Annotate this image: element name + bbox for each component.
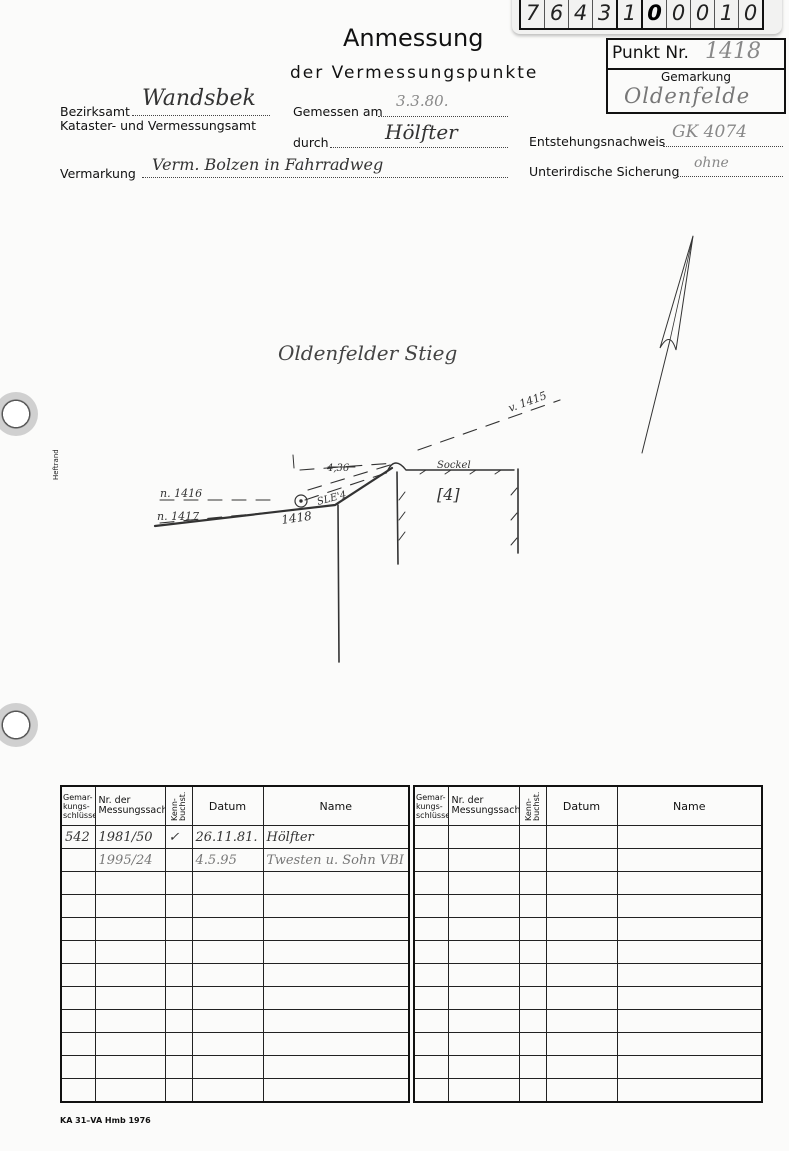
cell-datum[interactable] (546, 826, 617, 849)
cell-nr[interactable] (448, 895, 519, 918)
cell-name[interactable] (617, 1010, 762, 1033)
cell-gemarkung[interactable] (61, 1079, 95, 1103)
cell-name[interactable] (263, 964, 409, 987)
cell-kenn[interactable] (519, 918, 546, 941)
cell-name[interactable] (617, 1056, 762, 1079)
table-row (61, 895, 409, 918)
cell-gemarkung[interactable] (414, 987, 448, 1010)
cell-gemarkung[interactable] (414, 1056, 448, 1079)
col-name-header: Name (617, 786, 762, 826)
cell-name[interactable] (263, 1079, 409, 1103)
punkt-row: Punkt Nr. 1418 (608, 40, 784, 70)
cell-gemarkung[interactable] (414, 849, 448, 872)
cell-nr[interactable] (448, 1010, 519, 1033)
entstehung-label: Entstehungsnachweis (529, 134, 665, 149)
col-kenn-header: Kenn-buchst. (165, 786, 192, 826)
cell-kenn[interactable] (519, 872, 546, 895)
durch-value[interactable]: Hölfter (385, 120, 458, 144)
cell-kenn[interactable] (165, 918, 192, 941)
table-row (61, 964, 409, 987)
cell-nr[interactable] (448, 987, 519, 1010)
id-number-boxes: 7643100010 (519, 0, 764, 30)
cell-nr[interactable]: 1981/50 (95, 826, 165, 849)
table-row (414, 918, 762, 941)
vermarkung-label: Vermarkung (60, 166, 136, 181)
cell-datum[interactable] (192, 1033, 263, 1056)
cell-name[interactable] (617, 849, 762, 872)
table-row (414, 1079, 762, 1103)
cell-datum[interactable] (192, 1010, 263, 1033)
col-kenn-header: Kenn-buchst. (519, 786, 546, 826)
cell-datum[interactable] (546, 1033, 617, 1056)
sicherung-line (677, 162, 783, 177)
cell-gemarkung[interactable] (414, 918, 448, 941)
cell-datum[interactable] (546, 964, 617, 987)
table-row (414, 987, 762, 1010)
table-row: 1995/244.5.95Twesten u. Sohn VBI (61, 849, 409, 872)
cell-name[interactable] (617, 941, 762, 964)
svg-text:n. 1416: n. 1416 (160, 487, 202, 500)
cell-datum[interactable] (546, 918, 617, 941)
table-row (414, 849, 762, 872)
table-row (414, 941, 762, 964)
gemessen-value[interactable]: 3.3.80. (396, 92, 448, 110)
table-row (61, 872, 409, 895)
cell-gemarkung[interactable]: 542 (61, 826, 95, 849)
cell-kenn[interactable] (165, 1079, 192, 1103)
cell-gemarkung[interactable] (414, 895, 448, 918)
form-code: KA 31–VA Hmb 1976 (60, 1116, 151, 1125)
cell-nr[interactable] (95, 872, 165, 895)
cell-gemarkung[interactable] (414, 1010, 448, 1033)
cell-datum[interactable]: 26.11.81. (192, 826, 263, 849)
id-digit: 3 (592, 0, 616, 28)
cell-nr[interactable] (448, 1079, 519, 1103)
bezirksamt-label: Bezirksamt (60, 104, 130, 119)
cell-nr[interactable] (95, 964, 165, 987)
page-subtitle: der Vermessungspunkte (290, 63, 538, 83)
cell-datum[interactable] (192, 941, 263, 964)
cell-kenn[interactable] (519, 1033, 546, 1056)
bezirksamt-value[interactable]: Wandsbek (142, 86, 256, 111)
cell-datum[interactable] (192, 872, 263, 895)
cell-name[interactable] (263, 918, 409, 941)
cell-nr[interactable] (448, 872, 519, 895)
table-row (61, 987, 409, 1010)
cell-nr[interactable] (448, 964, 519, 987)
table-row (61, 1056, 409, 1079)
punkt-box: Punkt Nr. 1418 Gemarkung Oldenfelde (606, 38, 786, 114)
cell-name[interactable] (263, 895, 409, 918)
cell-gemarkung[interactable] (61, 941, 95, 964)
cell-gemarkung[interactable] (61, 1033, 95, 1056)
id-digit: 0 (641, 0, 666, 28)
cell-kenn[interactable] (165, 964, 192, 987)
cell-kenn[interactable] (165, 849, 192, 872)
cell-name[interactable] (263, 941, 409, 964)
cell-gemarkung[interactable] (61, 987, 95, 1010)
cell-kenn[interactable] (519, 1010, 546, 1033)
gemessen-label: Gemessen am (293, 104, 383, 119)
svg-text:Sockel: Sockel (437, 460, 471, 471)
cell-datum[interactable]: 4.5.95 (192, 849, 263, 872)
table-row (414, 964, 762, 987)
cell-nr[interactable] (448, 918, 519, 941)
table-row (414, 1056, 762, 1079)
cell-name[interactable] (617, 918, 762, 941)
cell-name[interactable] (617, 1079, 762, 1103)
cell-kenn[interactable]: ✓ (165, 826, 192, 849)
cell-kenn[interactable] (519, 849, 546, 872)
cell-kenn[interactable] (519, 941, 546, 964)
svg-text:v. 1415: v. 1415 (507, 389, 549, 415)
entstehung-value[interactable]: GK 4074 (672, 122, 747, 142)
col-datum-header: Datum (192, 786, 263, 826)
north-arrow-icon (642, 236, 693, 453)
cell-name[interactable] (617, 826, 762, 849)
table-row (414, 826, 762, 849)
svg-text:1418: 1418 (280, 509, 313, 527)
cell-gemarkung[interactable] (61, 895, 95, 918)
col-gemarkung-header: Gemar-kungs-schlüssel (414, 786, 448, 826)
cell-datum[interactable] (192, 895, 263, 918)
table-row (414, 895, 762, 918)
durch-label: durch (293, 135, 329, 150)
col-name-header: Name (263, 786, 409, 826)
cell-kenn[interactable] (519, 964, 546, 987)
register-table-right: Gemar-kungs-schlüssel Nr. der Messungssa… (413, 785, 763, 1103)
cell-nr[interactable] (448, 1033, 519, 1056)
cell-name[interactable] (617, 872, 762, 895)
cell-datum[interactable] (192, 1079, 263, 1103)
gemarkung-label: Gemarkung (608, 70, 784, 84)
cell-datum[interactable] (546, 1056, 617, 1079)
gemarkung-value[interactable]: Oldenfelde (624, 84, 750, 108)
cell-name[interactable] (617, 895, 762, 918)
cell-kenn[interactable] (165, 941, 192, 964)
cell-gemarkung[interactable] (414, 1079, 448, 1103)
cell-name[interactable] (617, 964, 762, 987)
cell-kenn[interactable] (165, 872, 192, 895)
cell-datum[interactable] (546, 1010, 617, 1033)
cell-nr[interactable] (95, 918, 165, 941)
cell-gemarkung[interactable] (61, 1010, 95, 1033)
table-row (414, 872, 762, 895)
survey-sketch: Oldenfelder Stieg v. 1415 n. 1416 n. 141… (0, 180, 789, 780)
table-row (61, 1033, 409, 1056)
cell-kenn[interactable] (165, 1033, 192, 1056)
punkt-label: Punkt Nr. (612, 43, 689, 63)
cell-datum[interactable] (192, 987, 263, 1010)
svg-text:n. 1417: n. 1417 (157, 510, 199, 523)
table-row (414, 1033, 762, 1056)
cell-nr[interactable] (95, 941, 165, 964)
col-nr-header: Nr. der Messungssache (95, 786, 165, 826)
cell-datum[interactable] (192, 1056, 263, 1079)
id-digit: 0 (738, 0, 762, 28)
cell-nr[interactable] (95, 1010, 165, 1033)
cell-kenn[interactable] (519, 1079, 546, 1103)
cell-datum[interactable] (546, 1079, 617, 1103)
cell-name[interactable] (263, 1010, 409, 1033)
cell-gemarkung[interactable] (414, 872, 448, 895)
id-digit: 0 (690, 0, 714, 28)
cell-nr[interactable] (95, 1033, 165, 1056)
cell-name[interactable] (617, 987, 762, 1010)
cell-name[interactable] (263, 987, 409, 1010)
table-row (61, 1079, 409, 1103)
col-nr-header: Nr. der Messungssache (448, 786, 519, 826)
cell-nr[interactable] (448, 849, 519, 872)
table-row (61, 918, 409, 941)
cell-gemarkung[interactable] (414, 1033, 448, 1056)
sicherung-value[interactable]: ohne (694, 155, 729, 171)
register-table-left: Gemar-kungs-schlüssel Nr. der Messungssa… (60, 785, 410, 1103)
cell-datum[interactable] (192, 964, 263, 987)
table-row (61, 1010, 409, 1033)
page-title: Anmessung (343, 24, 483, 52)
cell-kenn[interactable] (519, 895, 546, 918)
id-digit: 1 (714, 0, 738, 28)
cell-gemarkung[interactable] (61, 964, 95, 987)
cell-gemarkung[interactable] (61, 1056, 95, 1079)
punkt-value[interactable]: 1418 (705, 39, 761, 64)
table-row (414, 1010, 762, 1033)
cell-gemarkung[interactable] (61, 918, 95, 941)
cell-nr[interactable] (95, 987, 165, 1010)
cell-name[interactable]: Hölfter (263, 826, 409, 849)
cell-name[interactable] (263, 872, 409, 895)
svg-text:4,36: 4,36 (326, 463, 350, 474)
svg-text:[4]: [4] (437, 485, 460, 504)
cell-gemarkung[interactable] (61, 849, 95, 872)
cell-nr[interactable] (95, 1079, 165, 1103)
cell-kenn[interactable] (519, 826, 546, 849)
register-header-row: Gemar-kungs-schlüssel Nr. der Messungssa… (61, 786, 409, 826)
id-digit: 4 (568, 0, 592, 28)
cell-nr[interactable] (95, 895, 165, 918)
register-header-row: Gemar-kungs-schlüssel Nr. der Messungssa… (414, 786, 762, 826)
cell-datum[interactable] (546, 941, 617, 964)
kataster-label: Kataster- und Vermessungsamt (60, 118, 256, 133)
vermarkung-value[interactable]: Verm. Bolzen in Fahrradweg (152, 155, 383, 174)
col-datum-header: Datum (546, 786, 617, 826)
cell-name[interactable]: Twesten u. Sohn VBI (263, 849, 409, 872)
cell-kenn[interactable] (519, 987, 546, 1010)
svg-text:Oldenfelder Stieg: Oldenfelder Stieg (278, 341, 457, 365)
id-digit: 1 (616, 0, 641, 28)
cell-datum[interactable] (546, 895, 617, 918)
id-digit: 7 (521, 0, 544, 28)
cell-kenn[interactable] (519, 1056, 546, 1079)
cell-datum[interactable] (546, 849, 617, 872)
cell-gemarkung[interactable] (61, 872, 95, 895)
cell-nr[interactable]: 1995/24 (95, 849, 165, 872)
cell-gemarkung[interactable] (414, 964, 448, 987)
cell-nr[interactable] (448, 941, 519, 964)
sicherung-label: Unterirdische Sicherung (529, 164, 679, 179)
cell-kenn[interactable] (165, 1010, 192, 1033)
cell-name[interactable] (263, 1056, 409, 1079)
cell-name[interactable] (617, 1033, 762, 1056)
cell-name[interactable] (263, 1033, 409, 1056)
id-digit: 0 (666, 0, 690, 28)
cell-nr[interactable] (448, 1056, 519, 1079)
cell-datum[interactable] (546, 987, 617, 1010)
cell-gemarkung[interactable] (414, 941, 448, 964)
cell-kenn[interactable] (165, 895, 192, 918)
col-gemarkung-header: Gemar-kungs-schlüssel (61, 786, 95, 826)
cell-nr[interactable] (95, 1056, 165, 1079)
cell-nr[interactable] (448, 826, 519, 849)
cell-datum[interactable] (192, 918, 263, 941)
id-digit: 6 (544, 0, 568, 28)
table-row: 5421981/50✓26.11.81.Hölfter (61, 826, 409, 849)
cell-kenn[interactable] (165, 1056, 192, 1079)
table-row (61, 941, 409, 964)
cell-datum[interactable] (546, 872, 617, 895)
cell-gemarkung[interactable] (414, 826, 448, 849)
cell-kenn[interactable] (165, 987, 192, 1010)
